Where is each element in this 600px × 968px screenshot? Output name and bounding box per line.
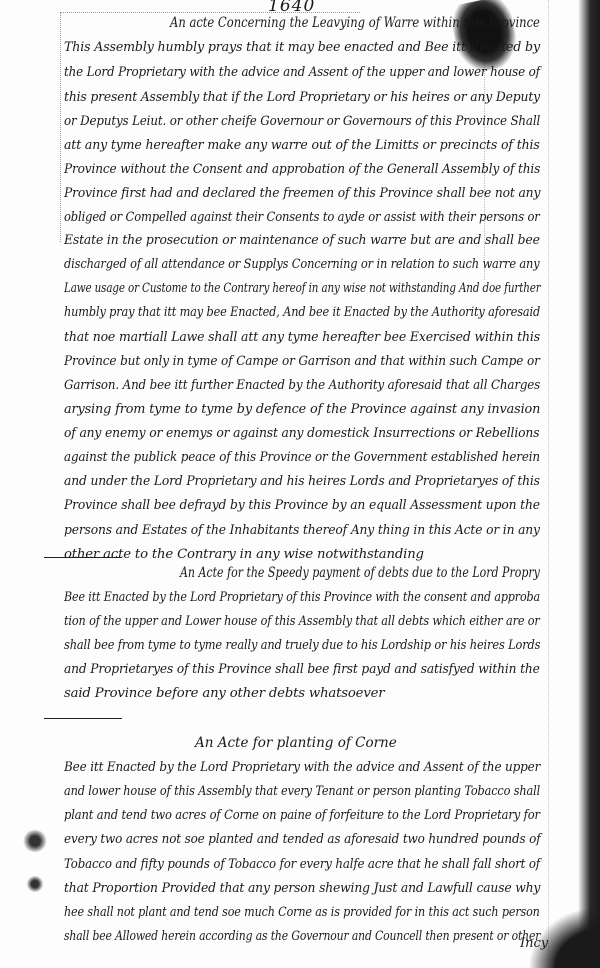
text-line: Garrison. And bee itt further Enacted by… bbox=[64, 378, 540, 393]
catchword: Incy bbox=[520, 936, 548, 951]
text-line: this present Assembly that if the Lord P… bbox=[64, 90, 540, 105]
text-line: Tobacco and fifty pounds of Tobacco for … bbox=[64, 857, 540, 872]
text-line: shall bee Allowed herein according as th… bbox=[64, 929, 540, 944]
text-line: every two acres not soe planted and tend… bbox=[64, 832, 541, 847]
torn-page-edge bbox=[578, 0, 600, 968]
text-line: Estate in the prosecution or maintenance… bbox=[64, 233, 540, 248]
text-line: plant and tend two acres of Corne on pai… bbox=[64, 808, 540, 823]
ink-speck bbox=[26, 876, 44, 892]
section-divider bbox=[44, 557, 122, 558]
text-line: and Proprietaryes of this Province shall… bbox=[64, 662, 540, 677]
text-line: that Proportion Provided that any person… bbox=[64, 881, 540, 896]
text-line: obliged or Compelled against their Conse… bbox=[64, 210, 540, 225]
act-title-debts: An Acte for the Speedy payment of debts … bbox=[180, 565, 540, 581]
text-line: humbly pray that itt may bee Enacted, An… bbox=[64, 305, 540, 320]
text-line: Bee itt Enacted by the Lord Proprietary … bbox=[64, 590, 540, 605]
text-line: Bee itt Enacted by the Lord Proprietary … bbox=[64, 760, 540, 775]
section-divider bbox=[44, 718, 122, 719]
ink-speck bbox=[22, 830, 48, 852]
text-line: shall bee from tyme to tyme really and t… bbox=[64, 638, 540, 653]
act-title-corne: An Acte for planting of Corne bbox=[195, 735, 397, 751]
text-line: and lower house of this Assembly that ev… bbox=[64, 784, 540, 799]
text-line: arysing from tyme to tyme by defence of … bbox=[64, 402, 540, 417]
text-line: Province but only in tyme of Campe or Ga… bbox=[64, 354, 540, 369]
text-line: and under the Lord Proprietary and his h… bbox=[64, 474, 540, 489]
text-line: hee shall not plant and tend soe much Co… bbox=[64, 905, 540, 920]
ruled-margin-right bbox=[548, 0, 549, 968]
text-line: of any enemy or enemys or against any do… bbox=[64, 426, 539, 441]
text-line: att any tyme hereafter make any warre ou… bbox=[64, 138, 540, 153]
text-line: or Deputys Leiut. or other cheife Govern… bbox=[64, 114, 540, 129]
manuscript-page: 1640 An acte Concerning the Leavying of … bbox=[0, 0, 600, 968]
page-year-heading: 1640 bbox=[268, 0, 315, 16]
text-line: Province shall bee defrayd by this Provi… bbox=[64, 498, 540, 513]
text-line: the Lord Proprietary with the advice and… bbox=[64, 65, 540, 80]
text-line: other acte to the Contrary in any wise n… bbox=[64, 547, 424, 562]
text-line: against the publick peace of this Provin… bbox=[64, 450, 540, 465]
text-line: said Province before any other debts wha… bbox=[64, 686, 384, 701]
text-line: that noe martiall Lawe shall att any tym… bbox=[64, 330, 540, 345]
text-line: discharged of all attendance or Supplys … bbox=[64, 257, 540, 272]
text-line: Province first had and declared the free… bbox=[64, 186, 540, 201]
text-line: persons and Estates of the Inhabitants t… bbox=[64, 523, 540, 538]
text-line: Lawe usage or Custome to the Contrary he… bbox=[64, 281, 541, 296]
ruled-margin-left bbox=[60, 12, 61, 242]
text-line: tion of the upper and Lower house of thi… bbox=[64, 614, 540, 629]
act-title-warre: An acte Concerning the Leavying of Warre… bbox=[170, 15, 540, 31]
text-line: Province without the Consent and approba… bbox=[64, 162, 540, 177]
text-line: This Assembly humbly prays that it may b… bbox=[64, 40, 540, 55]
